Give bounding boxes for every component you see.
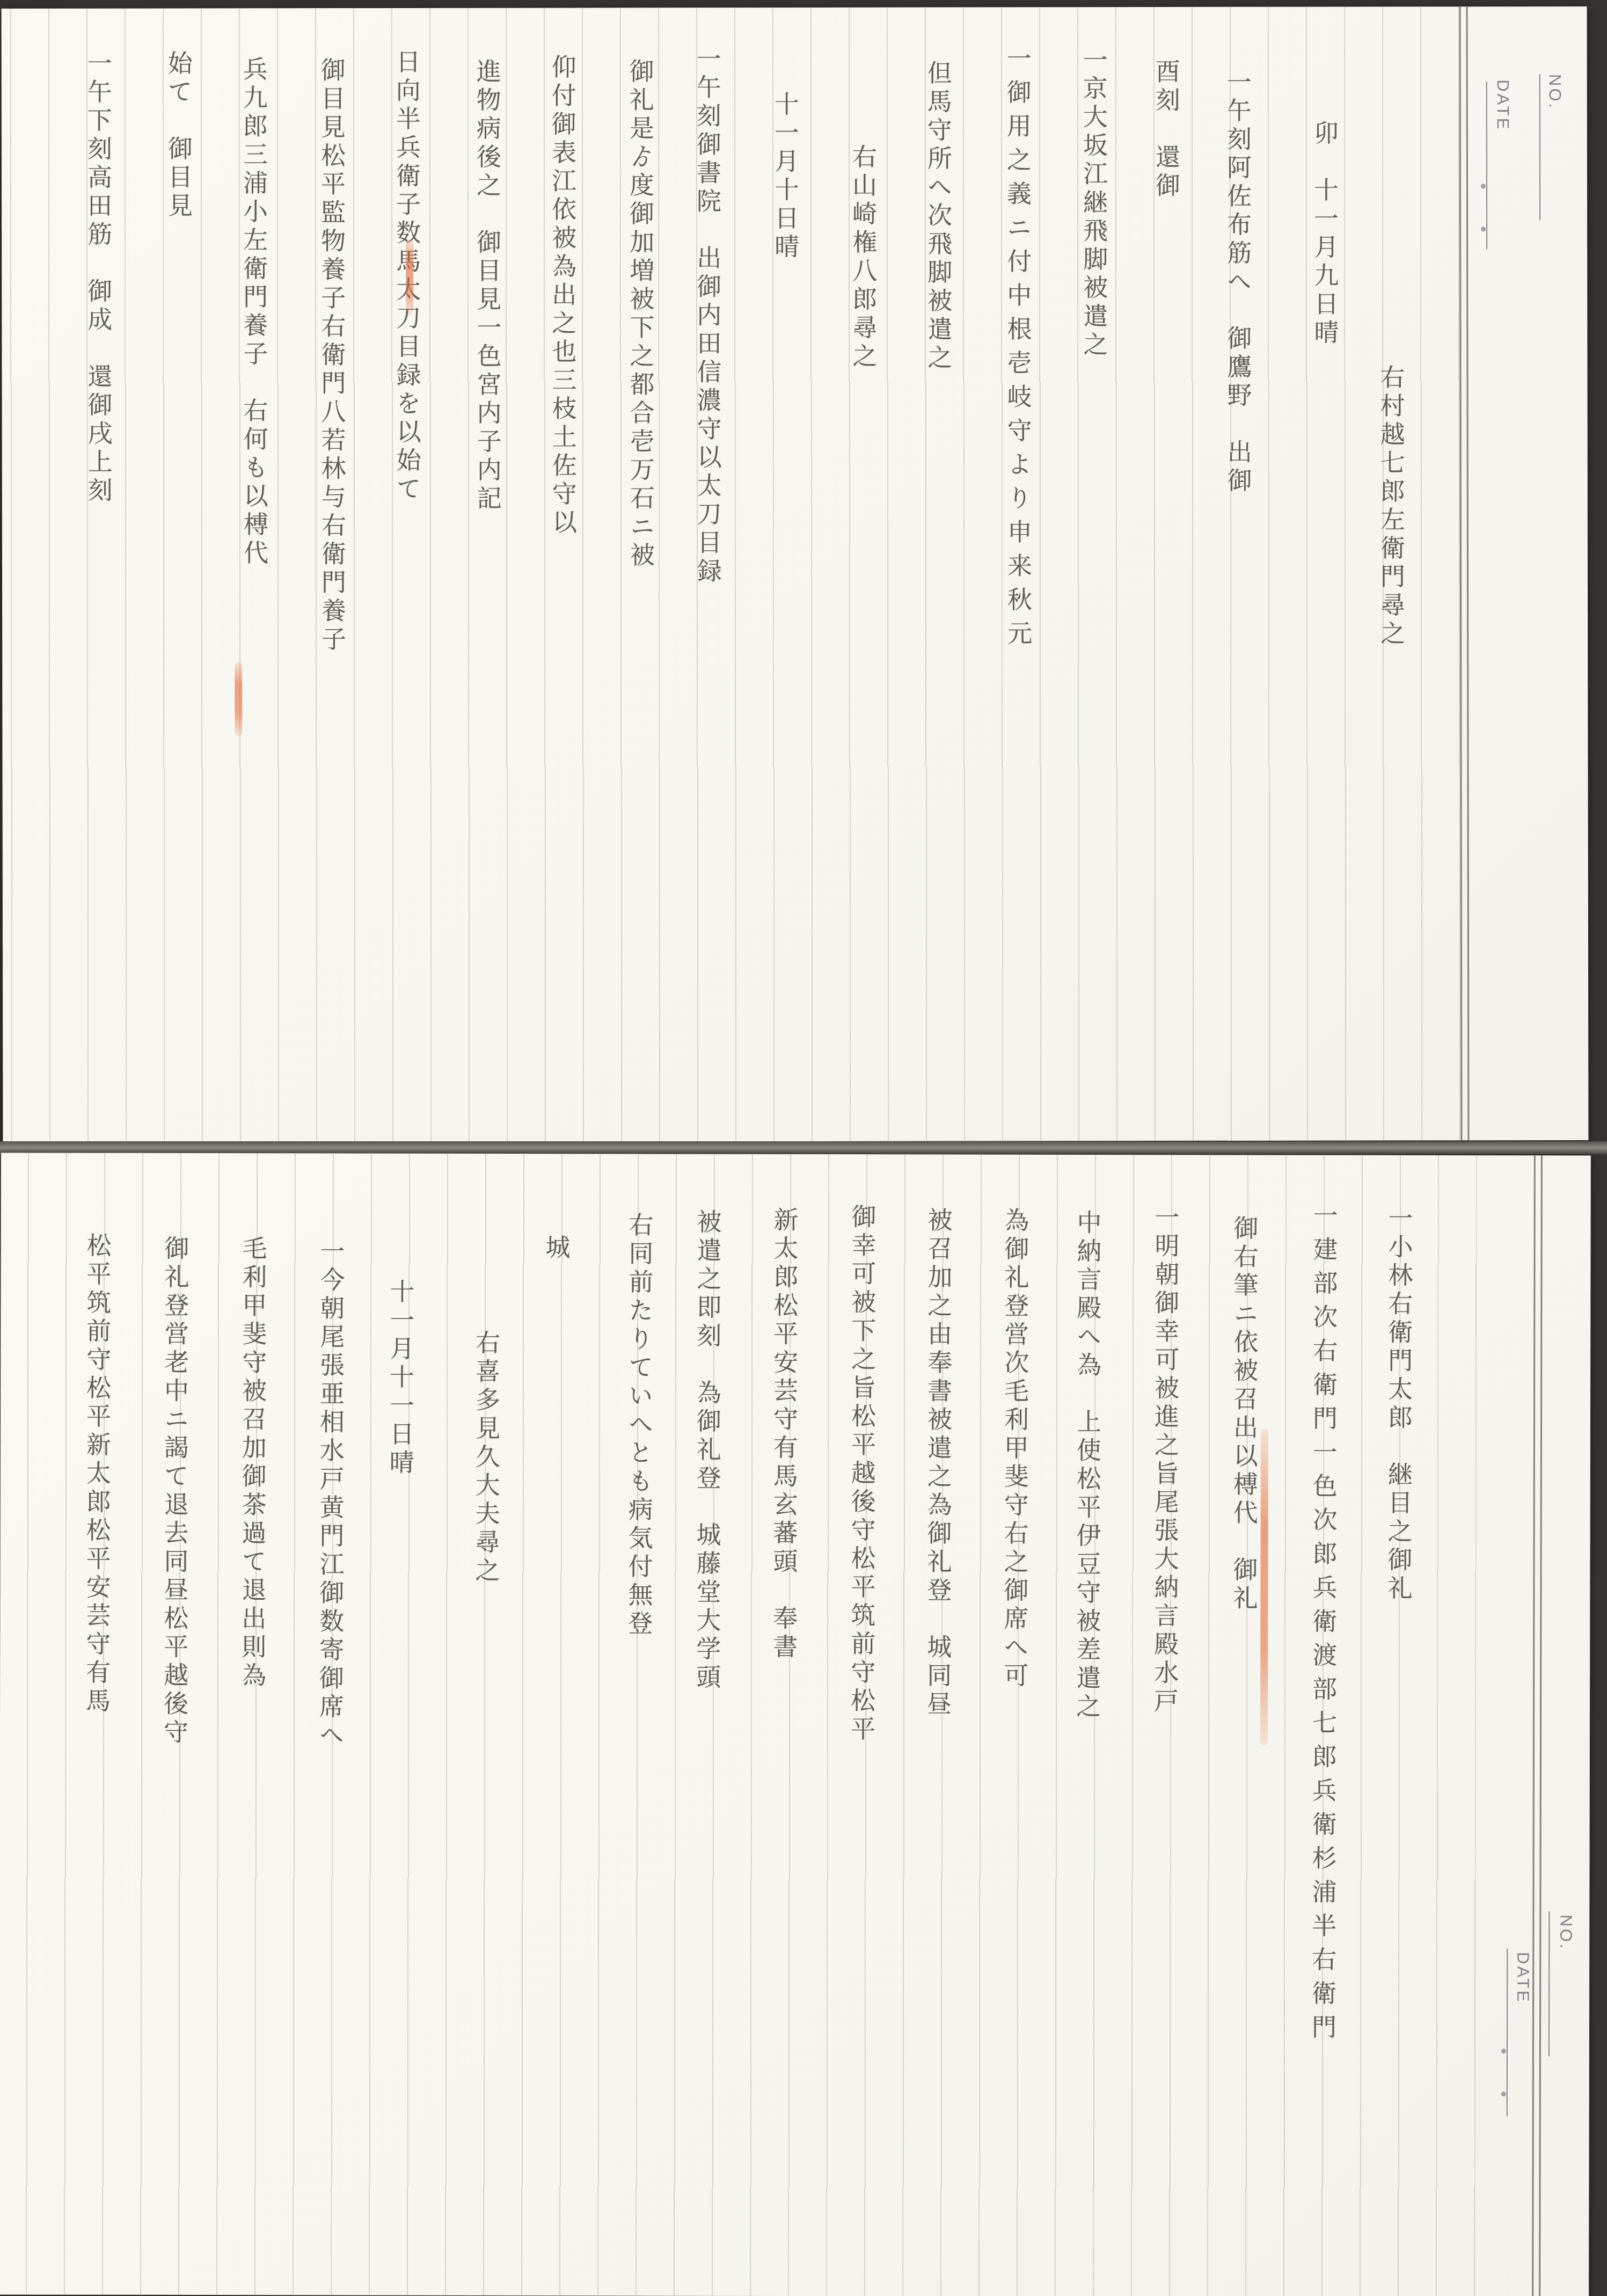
manuscript-column: 為御礼登営次毛利甲斐守右之御席へ可 — [997, 1207, 1033, 1691]
margin-double-line — [1459, 6, 1470, 1140]
manuscript-column: 兵九郎三浦小左衛門養子 右何も以榑代 — [236, 56, 272, 568]
manuscript-column: 一明朝御幸可被進之旨尾張大納言殿水戸 — [1147, 1204, 1184, 1716]
manuscript-column: 一建部次右衛門一色次郎兵衛渡部七郎兵衛杉浦半右衛門 — [1305, 1202, 1342, 2048]
manuscript-column: 御幸可被下之旨松平越後守松平筑前守松平 — [844, 1204, 880, 1744]
manuscript-column: 一今朝尾張亜相水戸黄門江御数寄御席へ — [312, 1238, 349, 1750]
manuscript-column: 十一月十一日晴 — [383, 1279, 419, 1478]
date-field-line — [1507, 1949, 1508, 2116]
manuscript-column: 一午刻御書院 出御内田信濃守以太刀目録 — [690, 46, 726, 586]
manuscript-column: 城 — [539, 1234, 574, 1263]
date-separator-dot — [1481, 184, 1486, 188]
manuscript-column: 但馬守所へ次飛脚被遣之 — [921, 60, 956, 373]
manuscript-column: 右山崎権八郎尋之 — [845, 144, 881, 371]
manuscript-column: 十一月十日晴 — [768, 91, 803, 262]
date-label: DATE — [1513, 1952, 1532, 2003]
no-label: NO. — [1556, 1914, 1575, 1950]
manuscript-column: 一小林右衛門太郎 継目之御礼 — [1380, 1205, 1416, 1603]
manuscript-column: 進物病後之 御目見一色宮内子内記 — [470, 59, 506, 514]
margin-double-line — [1532, 1155, 1543, 2296]
vermillion-mark — [235, 662, 242, 736]
manuscript-column: 一御用之義ニ付中根壱岐守より申来秋元 — [1000, 45, 1036, 654]
vermillion-mark — [1260, 1429, 1268, 1746]
page-2: NO. DATE 一小林右衛門太郎 継目之御礼 一建部次右衛門一色次郎兵衛渡部七… — [0, 1153, 1591, 2296]
date-separator-dot — [1501, 2091, 1506, 2096]
manuscript-column: 始て 御目見 — [161, 50, 196, 221]
manuscript-column: 被遣之即刻 為御礼登 城藤堂大学頭 — [689, 1209, 726, 1693]
date-field-line — [1486, 82, 1487, 249]
manuscript-column: 一午下刻高田筋 御成 還御戌上刻 — [81, 50, 116, 506]
manuscript-column: 松平筑前守松平新太郎松平安芸守有馬 — [79, 1233, 115, 1716]
vermillion-mark — [406, 239, 413, 315]
page-1: NO. DATE 右村越七郎左衛門尋之 卯 十一月九日晴 一午刻阿佐布筋へ 御鷹… — [2, 6, 1589, 1142]
page-gap-shadow — [0, 1141, 1607, 1154]
no-field-line — [1548, 1911, 1550, 2056]
manuscript-column: 毛利甲斐守被召加御茶過て退出則為 — [235, 1235, 271, 1690]
manuscript-column: 御礼登営老中ニ謁て退去同昼松平越後守 — [157, 1235, 193, 1747]
manuscript-column: 新太郎松平安芸守有馬玄蕃頭 奉書 — [766, 1207, 802, 1662]
manuscript-column: 仰付御表江依被為出之也三枝土佐守以 — [545, 54, 581, 538]
manuscript-column: 御右筆ニ依被召出以榑代 御礼 — [1226, 1215, 1262, 1613]
manuscript-column: 一午刻阿佐布筋へ 御鷹野 出御 — [1220, 69, 1256, 496]
manuscript-column: 被召加之由奉書被遣之為御礼登 城同昼 — [920, 1207, 956, 1719]
manuscript-column: 右同前たりていへとも病気付無登 — [621, 1212, 657, 1638]
manuscript-column: 酉刻 還御 — [1149, 59, 1184, 201]
manuscript-column: 右喜多見久大夫尋之 — [468, 1330, 504, 1586]
date-separator-dot — [1501, 2049, 1506, 2053]
manuscript-column: 一京大坂江継飛脚被遣之 — [1076, 47, 1112, 360]
date-separator-dot — [1481, 227, 1486, 231]
scanned-document: NO. DATE 右村越七郎左衛門尋之 卯 十一月九日晴 一午刻阿佐布筋へ 御鷹… — [0, 0, 1607, 2296]
no-field-line — [1539, 74, 1540, 220]
manuscript-column: 中納言殿へ為 上使松平伊豆守被差遣之 — [1069, 1209, 1106, 1722]
date-label: DATE — [1493, 79, 1513, 131]
manuscript-column: 右村越七郎左衛門尋之 — [1373, 364, 1409, 648]
manuscript-column: 御目見松平監物養子右衛門八若林与右衛門養子 — [314, 57, 350, 654]
manuscript-column: 卯 十一月九日晴 — [1307, 120, 1343, 348]
manuscript-column: 御礼是ゟ度御加増被下之都合壱万石ニ被 — [623, 58, 659, 570]
no-label: NO. — [1545, 74, 1565, 110]
